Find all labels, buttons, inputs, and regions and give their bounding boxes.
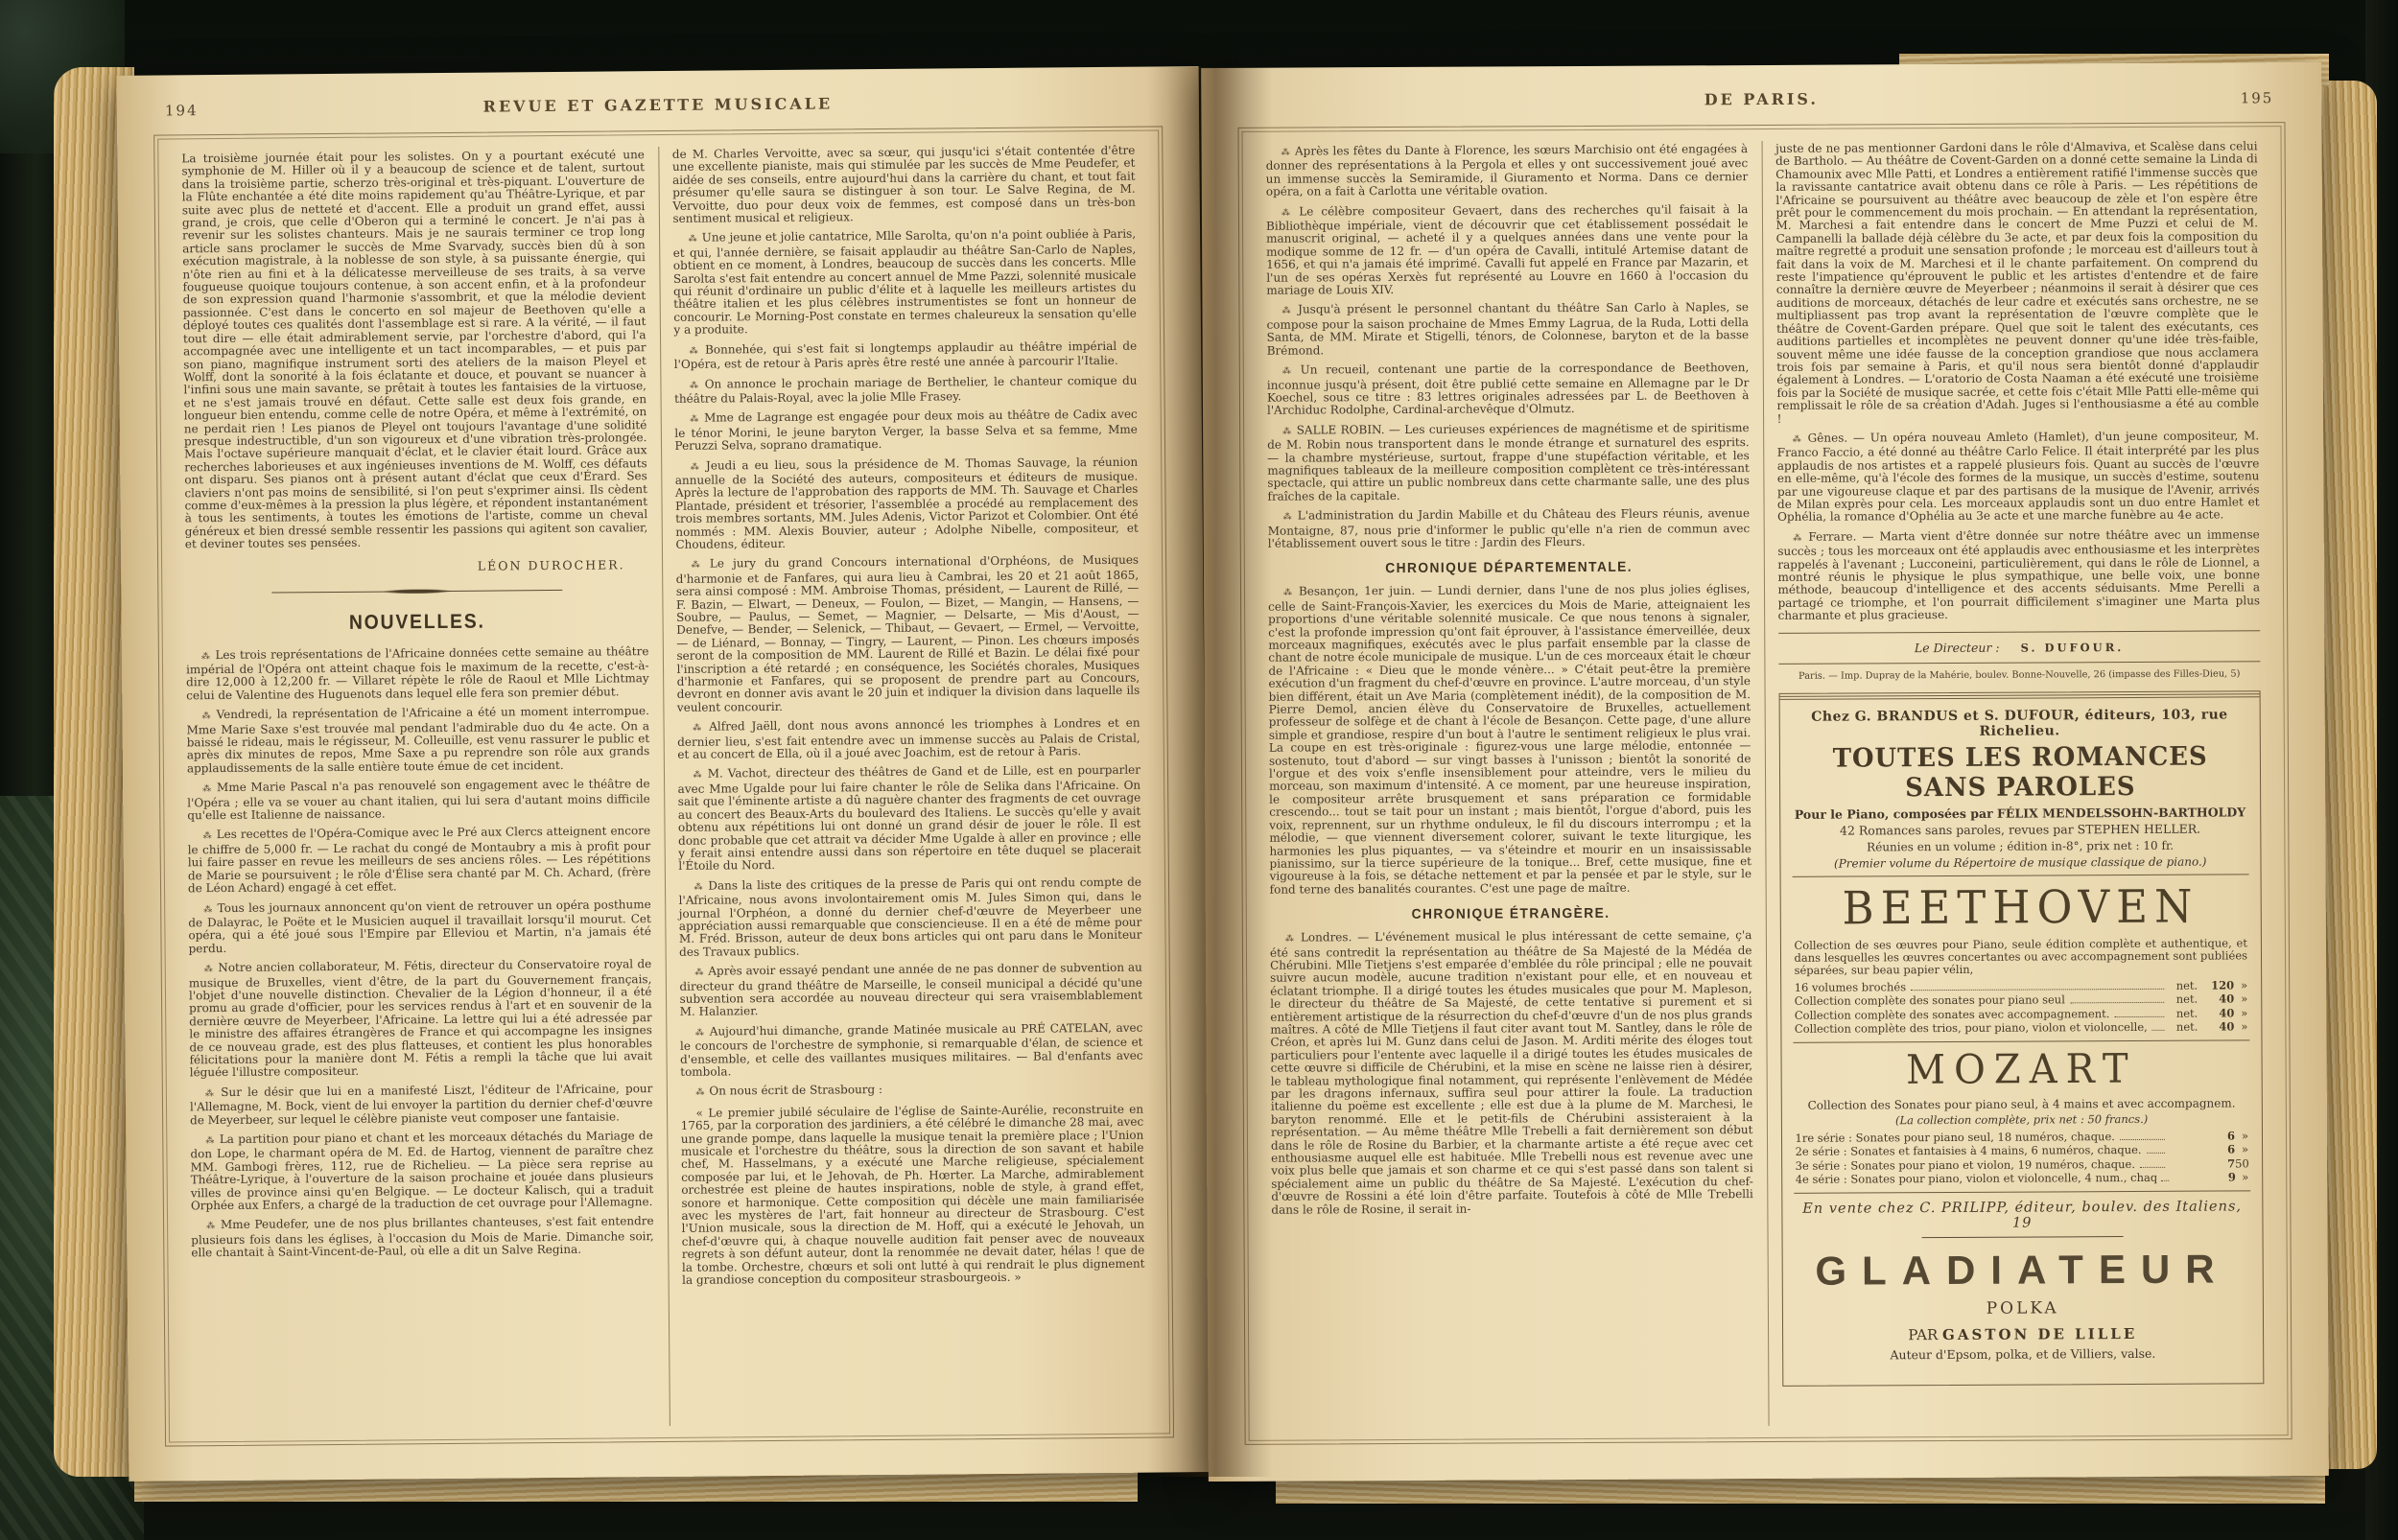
left-page-frame: La troisième journée était pour les soli… [153, 126, 1174, 1446]
news-item: ⁂Besançon, 1er juin. — Lundi dernier, da… [1268, 583, 1751, 896]
ad-divider-rule [1794, 1190, 2250, 1193]
nouvelles-items-2: ⁂Une jeune et jolie cantatrice, Mlle Sar… [673, 228, 1143, 1101]
asterism-icon: ⁂ [690, 415, 704, 425]
page-stack-right [2321, 81, 2377, 1469]
mozart-title: MOZART [1791, 1045, 2252, 1094]
right-page-header: DE PARIS. 195 [1243, 87, 2279, 122]
asterism-icon: ⁂ [1282, 427, 1297, 436]
news-item: ⁂Vendredi, la représentation de l'Africa… [186, 705, 649, 775]
news-item: ⁂Londres. — L'événement musical le plus … [1270, 929, 1753, 1217]
news-item: ⁂On nous écrit de Strasbourg : [680, 1082, 1143, 1101]
price-row: Collection complète des trios, pour pian… [1795, 1019, 2248, 1036]
romances-line3: Réunies en un volume ; édition in-8°, pr… [1790, 838, 2251, 854]
directeur-name: S. DUFOUR. [2021, 641, 2125, 655]
beethoven-title: BEETHOVEN [1790, 879, 2251, 935]
asterism-icon: ⁂ [693, 724, 709, 734]
asterism-icon: ⁂ [202, 784, 217, 794]
right-running-title: DE PARIS. [1243, 87, 2279, 111]
news-item: ⁂Ferrare. — Marta vient d'être donnée su… [1777, 528, 2260, 622]
byline-prefix: PAR [1908, 1326, 1938, 1343]
romances-line1: Pour le Piano, composées par FÉLIX MENDE… [1790, 805, 2251, 822]
news-item: ⁂Une jeune et jolie cantatrice, Mlle Sar… [673, 228, 1137, 337]
asterism-icon: ⁂ [1281, 307, 1298, 316]
romances-title: TOUTES LES ROMANCES SANS PAROLES [1798, 741, 2242, 803]
strasbourg-quote: « Le premier jubilé séculaire de l'églis… [681, 1103, 1145, 1287]
news-item: ⁂SALLE ROBIN. — Les curieuses expérience… [1267, 422, 1750, 503]
news-item: ⁂Sur le désir que lui en a manifesté Lis… [190, 1083, 653, 1127]
mozart-line1: Collection des Sonates pour piano seul, … [1791, 1096, 2252, 1112]
mozart-line2: (La collection complète, prix net : 50 f… [1791, 1111, 2252, 1128]
mozart-price-list: 1re série : Sonates pour piano seul, 18 … [1791, 1129, 2252, 1187]
asterism-icon: ⁂ [1283, 513, 1298, 523]
news-item: ⁂Alfred Jaëll, dont nous avons annoncé l… [677, 717, 1140, 761]
asterism-icon: ⁂ [691, 462, 706, 472]
chronique-etrangere-heading: CHRONIQUE ÉTRANGÈRE. [1281, 905, 1739, 922]
departementale-items: ⁂Besançon, 1er juin. — Lundi dernier, da… [1268, 583, 1751, 896]
news-item: ⁂Après les fêtes du Dante à Florence, le… [1266, 143, 1749, 198]
beethoven-price-list: 16 volumes brochés net. 120 » Collection… [1791, 978, 2252, 1037]
romances-line4: (Premier volume du Répertoire de musique… [1790, 854, 2251, 871]
etrangere-items-2: ⁂Gênes. — Un opéra nouveau Amleto (Hamle… [1777, 430, 2261, 622]
asterism-icon: ⁂ [694, 968, 708, 978]
asterism-icon: ⁂ [205, 1136, 220, 1146]
news-item: ⁂Dans la liste des critiques de la press… [678, 875, 1141, 959]
asterism-icon: ⁂ [689, 235, 702, 245]
article-signature: LÉON DUROCHER. [185, 557, 625, 575]
asterism-icon: ⁂ [1281, 208, 1299, 218]
news-item: ⁂Notre ancien collaborateur, M. Fétis, d… [189, 958, 653, 1080]
beethoven-intro: Collection de ses œuvres pour Piano, seu… [1794, 937, 2247, 976]
asterism-icon: ⁂ [1283, 589, 1299, 598]
dot-leader [2147, 1153, 2165, 1154]
news-item: ⁂Le jury du grand Concours international… [676, 554, 1140, 714]
prilipp-line: En vente chez C. PRILIPP, éditeur, boule… [1792, 1199, 2253, 1232]
news-item: ⁂Le célèbre compositeur Gevaert, dans de… [1266, 203, 1749, 297]
news-item: ⁂Les recettes de l'Opéra-Comique avec le… [187, 826, 650, 896]
asterism-icon: ⁂ [693, 771, 707, 781]
news-item: ⁂Gênes. — Un opéra nouveau Amleto (Hamle… [1777, 430, 2260, 524]
directeur-label: Le Directeur : [1915, 640, 2000, 654]
news-item: ⁂Jusqu'à présent le personnel chantant d… [1266, 302, 1749, 358]
swelled-rule-divider [271, 588, 562, 595]
asterism-icon: ⁂ [695, 1028, 710, 1038]
asterism-icon: ⁂ [1793, 534, 1808, 544]
asterism-icon: ⁂ [205, 1089, 221, 1099]
news-item: ⁂On annonce le prochain mariage de Berth… [674, 374, 1138, 406]
nouvelles-heading: NOUVELLES. [204, 609, 630, 636]
news-item: ⁂Jeudi a eu lieu, sous la présidence de … [675, 455, 1139, 551]
news-item: ⁂Mme Marie Pascal n'a pas renouvelé son … [187, 778, 650, 822]
romances-line2: 42 Romances sans paroles, revues par STE… [1790, 821, 2251, 838]
asterism-icon: ⁂ [204, 965, 219, 974]
left-page-column-1: La troisième journée était pour les soli… [168, 147, 669, 1430]
asterism-icon: ⁂ [1282, 367, 1301, 377]
advertisements-box: Chez G. BRANDUS et S. DUFOUR, éditeurs, … [1778, 690, 2264, 1387]
asterism-icon: ⁂ [201, 712, 216, 721]
dot-leader [1911, 988, 2164, 990]
continuation-paragraph: juste de ne pas mentionner Gardoni dans … [1775, 140, 2259, 426]
news-item: ⁂L'administration du Jardin Mabille et d… [1268, 507, 1751, 550]
right-page-column-2: juste de ne pas mentionner Gardoni dans … [1761, 138, 2278, 1426]
asterism-icon: ⁂ [1793, 435, 1808, 445]
news-item: ⁂Après avoir essayé pendant une année de… [679, 962, 1142, 1019]
news-item: ⁂Tous les journaux annoncent qu'on vient… [188, 898, 651, 956]
news-item: ⁂La partition pour piano et chant et les… [190, 1130, 653, 1213]
ad-divider-rule [1792, 874, 2248, 876]
gladiateur-byline: PAR GASTON DE LILLE [1793, 1324, 2254, 1344]
gladiateur-subtitle: POLKA [1792, 1297, 2253, 1319]
news-item: ⁂Un recueil, contenant une partie de la … [1267, 362, 1750, 417]
publisher-line: Chez G. BRANDUS et S. DUFOUR, éditeurs, … [1789, 707, 2250, 740]
dot-leader [2161, 1180, 2169, 1181]
right-page-number: 195 [2241, 89, 2274, 106]
gladiateur-author-line: Auteur d'Epsom, polka, et de Villiers, v… [1793, 1345, 2254, 1363]
left-running-title: REVUE ET GAZETTE MUSICALE [159, 91, 1157, 118]
asterism-icon: ⁂ [1281, 149, 1295, 158]
asterism-icon: ⁂ [690, 346, 705, 356]
asterism-icon: ⁂ [692, 561, 710, 571]
small-rule [1921, 1236, 2123, 1238]
directeur-line: Le Directeur : S. DUFOUR. [1778, 630, 2261, 665]
asterism-icon: ⁂ [206, 1222, 221, 1231]
byline-name: GASTON DE LILLE [1942, 1325, 2137, 1343]
asterism-icon: ⁂ [1285, 935, 1301, 945]
nouvelles-items-3: ⁂Après les fêtes du Dante à Florence, le… [1266, 143, 1751, 550]
asterism-icon: ⁂ [695, 1088, 709, 1098]
asterism-icon: ⁂ [203, 832, 217, 842]
continuation-paragraph: de M. Charles Vervoitte, avec sa sœur, q… [672, 145, 1136, 226]
news-item: ⁂Mme de Lagrange est engagée pour deux m… [674, 408, 1138, 453]
price-row: 4e série : Sonates pour piano, violon et… [1796, 1170, 2249, 1186]
nouvelles-items: ⁂Les trois représentations de l'Africain… [186, 645, 654, 1260]
chronique-departementale-heading: CHRONIQUE DÉPARTEMENTALE. [1280, 560, 1737, 577]
right-page-column-1: ⁂Après les fêtes du Dante à Florence, le… [1253, 141, 1769, 1429]
asterism-icon: ⁂ [690, 381, 705, 390]
dot-leader [2114, 1015, 2164, 1016]
book-scan-screenshot: { "marks": { "asterism": "⁂" }, "left_pa… [0, 0, 2398, 1540]
left-page-column-2: de M. Charles Vervoitte, avec sa sœur, q… [658, 143, 1160, 1426]
asterism-icon: ⁂ [203, 905, 218, 915]
news-item: ⁂Bonnehée, qui s'est fait si longtemps a… [674, 339, 1138, 371]
printer-imprint: Paris. — Imp. Dupray de la Mahérie, boul… [1778, 668, 2261, 682]
news-item: ⁂Les trois représentations de l'Africain… [186, 645, 649, 703]
left-page: 194 REVUE ET GAZETTE MUSICALE La troisiè… [117, 66, 1211, 1482]
gladiateur-title: GLADIATEUR [1792, 1246, 2253, 1295]
asterism-icon: ⁂ [201, 652, 216, 662]
dot-leader [2120, 1138, 2165, 1139]
right-page: DE PARIS. 195 ⁂Après les fêtes du Dante … [1201, 62, 2329, 1482]
news-item: ⁂Mme Peudefer, une de nos plus brillante… [191, 1216, 654, 1260]
dot-leader [2152, 1030, 2165, 1031]
news-item: ⁂Aujourd'hui dimanche, grande Matinée mu… [680, 1021, 1143, 1079]
ad-divider-rule [1793, 1039, 2249, 1042]
left-page-header: 194 REVUE ET GAZETTE MUSICALE [159, 91, 1157, 128]
right-page-frame: ⁂Après les fêtes du Dante à Florence, le… [1237, 122, 2292, 1445]
etrangere-items: ⁂Londres. — L'événement musical le plus … [1270, 929, 1753, 1217]
news-item: ⁂M. Vachot, directeur des théâtres de Ga… [677, 764, 1140, 873]
asterism-icon: ⁂ [694, 882, 708, 892]
dot-leader [2070, 1002, 2164, 1004]
dot-leader [2140, 1166, 2165, 1167]
article-paragraph: La troisième journée était pour les soli… [181, 149, 647, 551]
